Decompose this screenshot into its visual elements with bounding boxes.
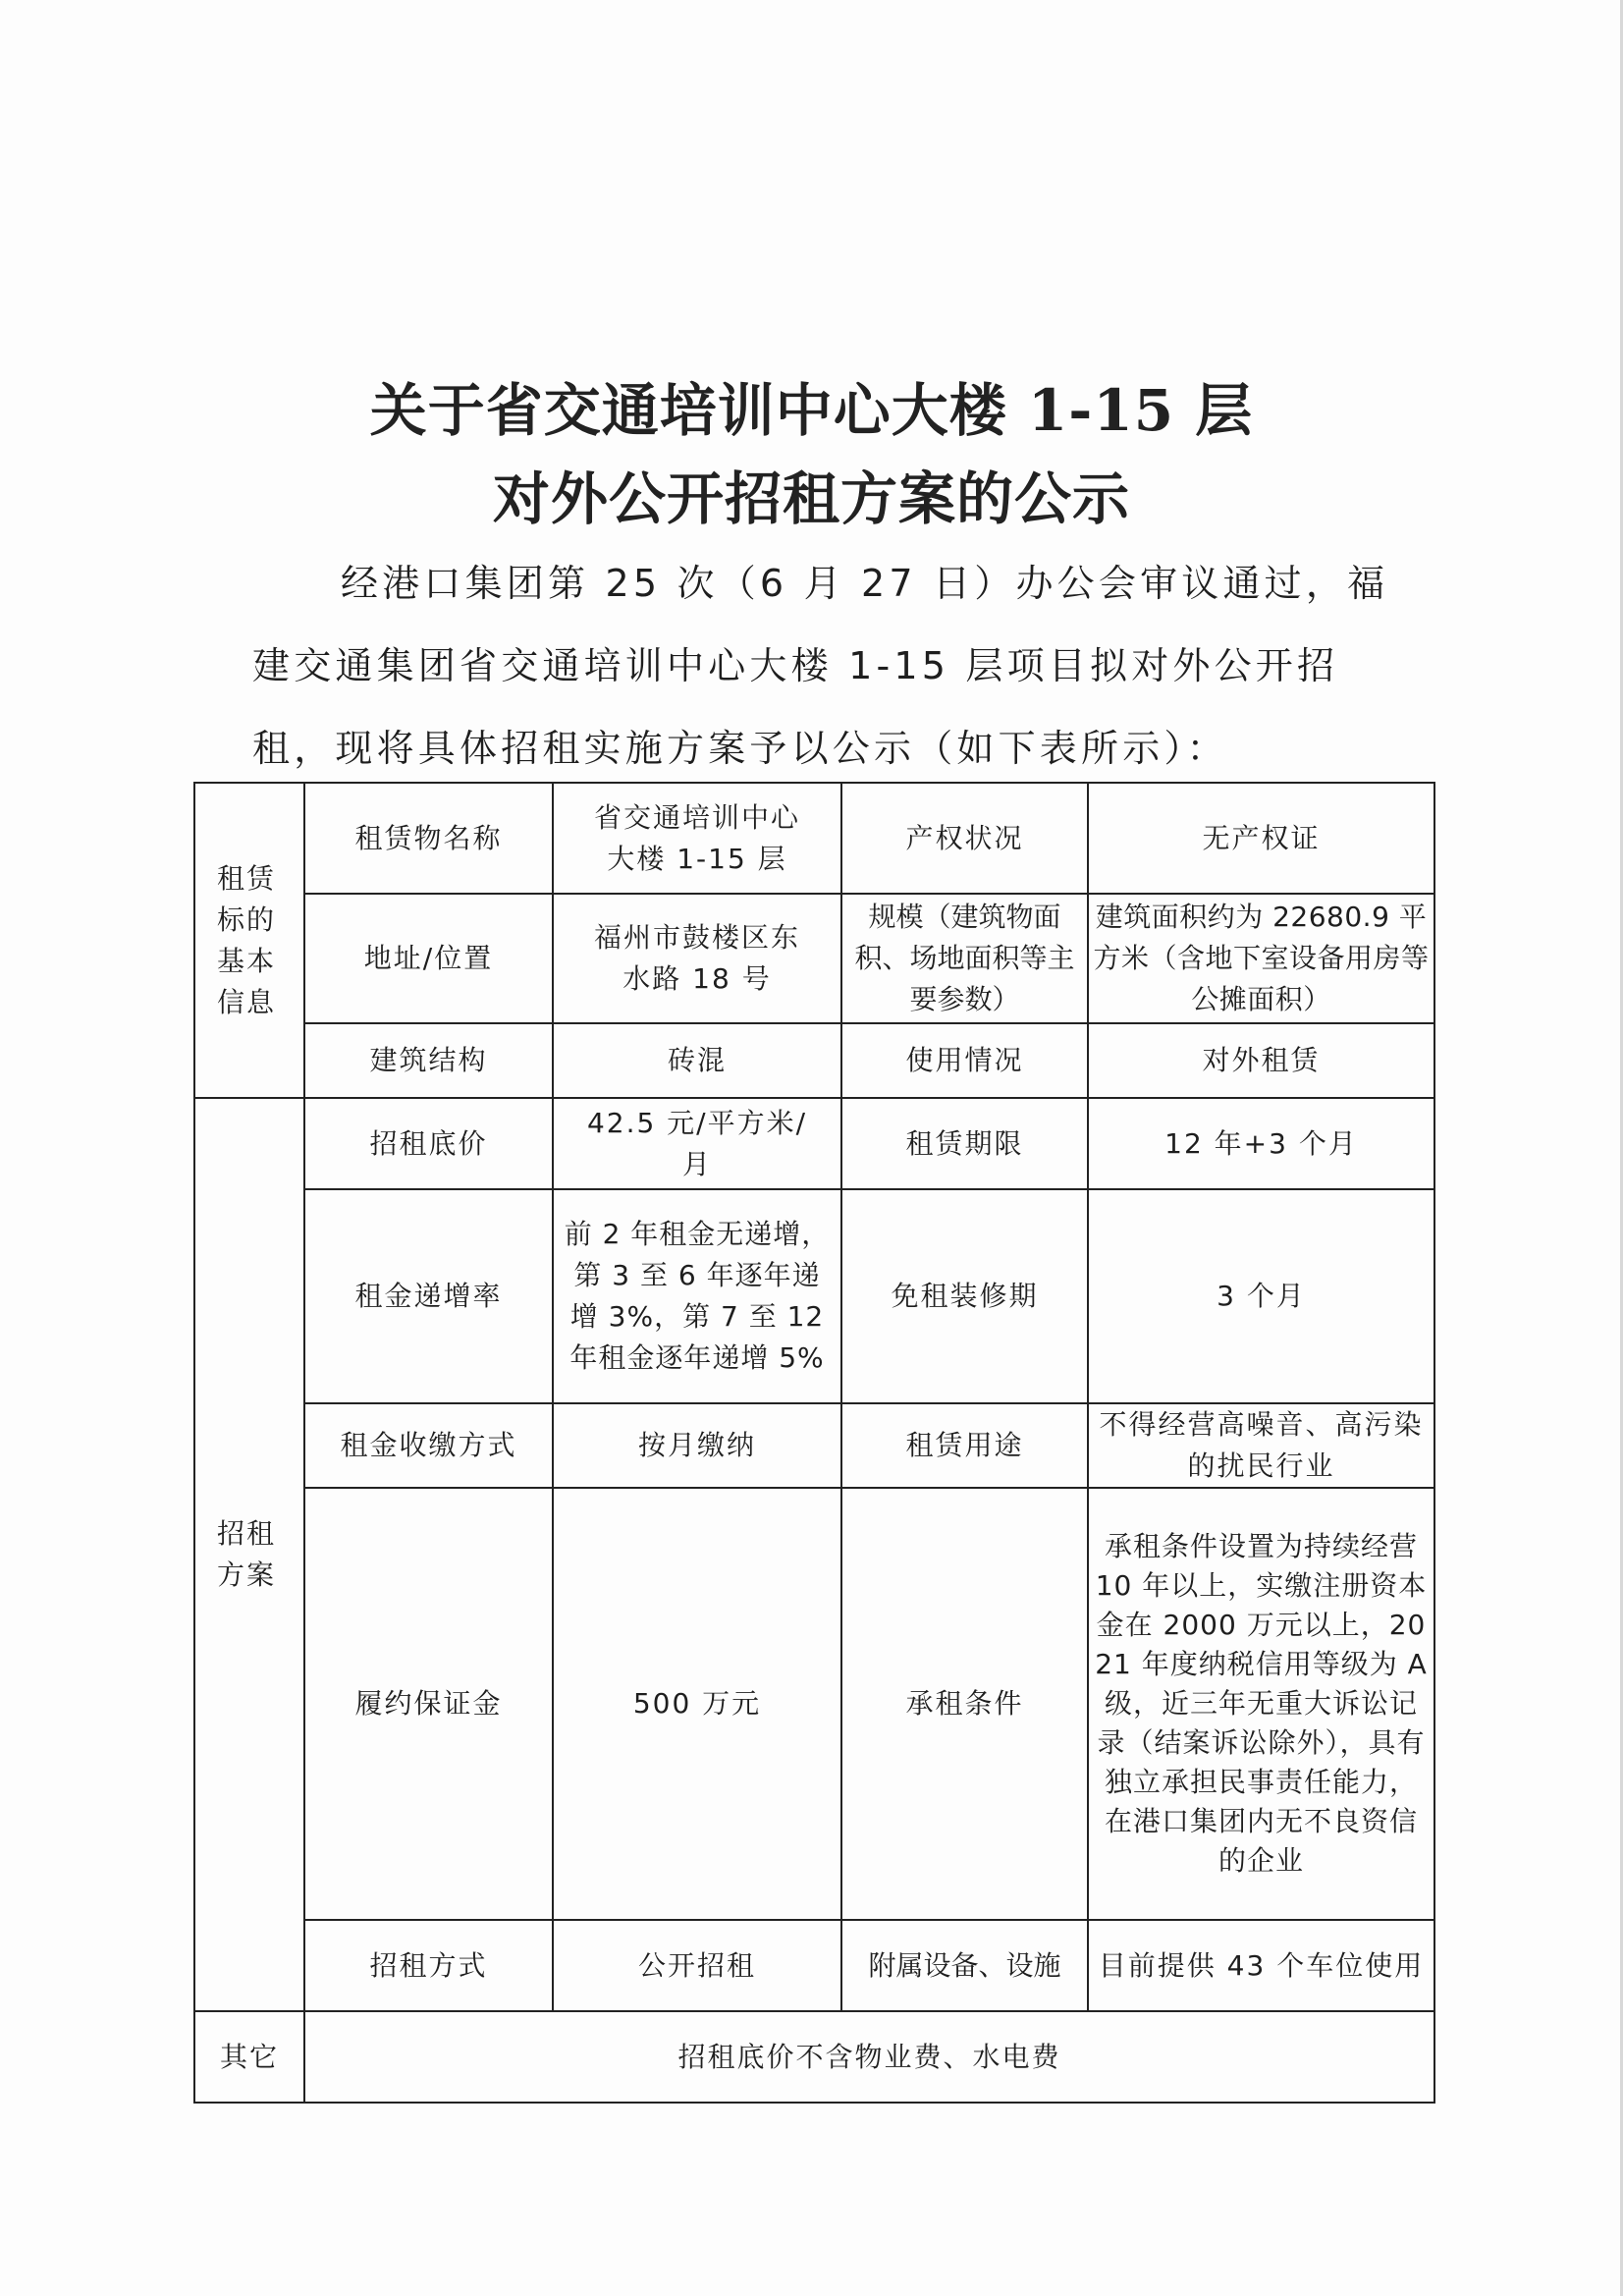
cell-value: 无产权证 xyxy=(1088,783,1434,894)
cell-value: 对外租赁 xyxy=(1088,1023,1434,1098)
document-page: 关于省交通培训中心大楼 1-15 层 对外公开招租方案的公示 经港口集团第 25… xyxy=(0,0,1623,2296)
cell-value: 12 年+3 个月 xyxy=(1088,1098,1434,1189)
table-row: 招租方案 招租底价 42.5 元/平方米/月 租赁期限 12 年+3 个月 xyxy=(194,1098,1434,1189)
cell-label: 规模（建筑物面积、场地面积等主要参数） xyxy=(841,894,1088,1023)
table-row: 履约保证金 500 万元 承租条件 承租条件设置为持续经营 10 年以上，实缴注… xyxy=(194,1488,1434,1920)
cell-value: 3 个月 xyxy=(1088,1189,1434,1403)
section-leasing-plan: 招租方案 xyxy=(194,1098,304,2011)
table-row: 建筑结构 砖混 使用情况 对外租赁 xyxy=(194,1023,1434,1098)
cell-value: 前 2 年租金无递增，第 3 至 6 年逐年递增 3%，第 7 至 12 年租金… xyxy=(553,1189,841,1403)
other-label: 其它 xyxy=(194,2011,304,2103)
table-row: 租金收缴方式 按月缴纳 租赁用途 不得经营高噪音、高污染的扰民行业 xyxy=(194,1403,1434,1488)
cell-value: 42.5 元/平方米/月 xyxy=(553,1098,841,1189)
page-title-line2: 对外公开招租方案的公示 xyxy=(0,469,1623,528)
cell-label: 承租条件 xyxy=(841,1488,1088,1920)
other-value: 招租底价不含物业费、水电费 xyxy=(304,2011,1434,2103)
cell-label: 租金递增率 xyxy=(304,1189,553,1403)
cell-value: 目前提供 43 个车位使用 xyxy=(1088,1920,1434,2011)
table-row: 地址/位置 福州市鼓楼区东水路 18 号 规模（建筑物面积、场地面积等主要参数）… xyxy=(194,894,1434,1023)
cell-value: 承租条件设置为持续经营 10 年以上，实缴注册资本金在 2000 万元以上，20… xyxy=(1088,1488,1434,1920)
cell-value: 500 万元 xyxy=(553,1488,841,1920)
cell-label: 租赁物名称 xyxy=(304,783,553,894)
cell-label: 租金收缴方式 xyxy=(304,1403,553,1488)
cell-label: 建筑结构 xyxy=(304,1023,553,1098)
page-title-line1: 关于省交通培训中心大楼 1-15 层 xyxy=(0,381,1623,440)
cell-label: 租赁期限 xyxy=(841,1098,1088,1189)
cell-label: 招租底价 xyxy=(304,1098,553,1189)
table-row: 其它 招租底价不含物业费、水电费 xyxy=(194,2011,1434,2103)
cell-label: 使用情况 xyxy=(841,1023,1088,1098)
cell-value: 按月缴纳 xyxy=(553,1403,841,1488)
cell-label: 产权状况 xyxy=(841,783,1088,894)
cell-label: 租赁用途 xyxy=(841,1403,1088,1488)
intro-paragraph-line2: 建交通集团省交通培训中心大楼 1-15 层项目拟对外公开招 xyxy=(252,644,1338,687)
cell-value: 建筑面积约为 22680.9 平方米（含地下室设备用房等公摊面积） xyxy=(1088,894,1434,1023)
cell-value: 公开招租 xyxy=(553,1920,841,2011)
intro-paragraph-line1: 经港口集团第 25 次（6 月 27 日）办公会审议通过，福 xyxy=(341,562,1388,605)
cell-label: 附属设备、设施 xyxy=(841,1920,1088,2011)
intro-paragraph-line3: 租，现将具体招租实施方案予以公示（如下表所示）： xyxy=(252,727,1228,770)
cell-value: 省交通培训中心大楼 1-15 层 xyxy=(553,783,841,894)
table-row: 招租方式 公开招租 附属设备、设施 目前提供 43 个车位使用 xyxy=(194,1920,1434,2011)
cell-label: 地址/位置 xyxy=(304,894,553,1023)
cell-label: 履约保证金 xyxy=(304,1488,553,1920)
cell-value: 砖混 xyxy=(553,1023,841,1098)
table-row: 租赁标的基本信息 租赁物名称 省交通培训中心大楼 1-15 层 产权状况 无产权… xyxy=(194,783,1434,894)
cell-value: 不得经营高噪音、高污染的扰民行业 xyxy=(1088,1403,1434,1488)
cell-label: 招租方式 xyxy=(304,1920,553,2011)
section-basic-info: 租赁标的基本信息 xyxy=(194,783,304,1098)
table-row: 租金递增率 前 2 年租金无递增，第 3 至 6 年逐年递增 3%，第 7 至 … xyxy=(194,1189,1434,1403)
cell-value: 福州市鼓楼区东水路 18 号 xyxy=(553,894,841,1023)
leasing-plan-table: 租赁标的基本信息 租赁物名称 省交通培训中心大楼 1-15 层 产权状况 无产权… xyxy=(193,782,1435,2104)
cell-label: 免租装修期 xyxy=(841,1189,1088,1403)
